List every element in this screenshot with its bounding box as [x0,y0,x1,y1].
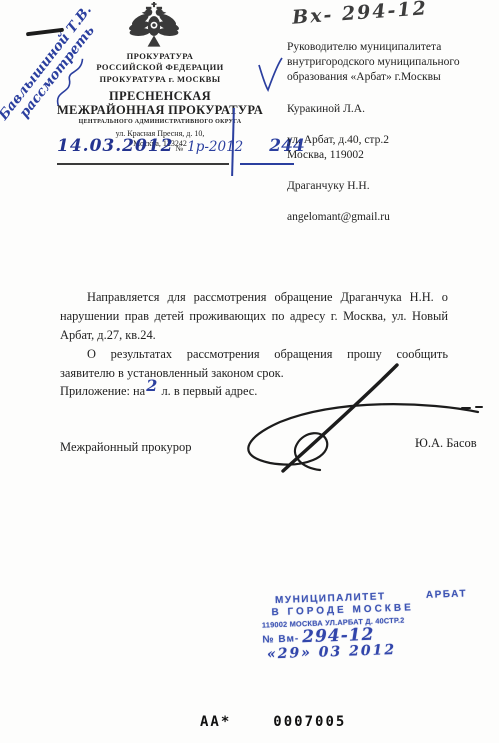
recipient-address-line1: ул. Арбат, д.40, стр.2 [287,133,492,148]
recipient-address-line2: Москва, 119002 [287,148,492,163]
dateline: 14.03.2012№1р-2012244 [57,136,307,166]
recipient-org-line: образования «Арбат» г.Москвы [287,70,492,85]
recipient-org-line: внутригородского муниципального [287,55,492,70]
case-number-underline [240,163,294,165]
form-series: АА* [200,714,231,730]
recipient-second-addressee: Драганчуку Н.Н. [287,179,492,194]
number-sign: № [175,144,183,153]
check-mark-icon [256,55,284,100]
handwritten-incoming-number: Вх- 294-12 [291,0,428,29]
letterhead-district: ЦЕНТРАЛЬНОГО АДМИНИСТРАТИВНОГО ОКРУГА [40,118,280,126]
attachment-prefix: Приложение: на [60,384,145,398]
letterhead-org-line1: ПРОКУРАТУРА [40,51,280,62]
letterhead-org-line2: РОССИЙСКОЙ ФЕДЕРАЦИИ [40,62,280,73]
form-footer: АА* 0007005 [200,714,346,730]
handwritten-outgoing-number: 1р-2012 [187,139,243,155]
letterhead: ПРОКУРАТУРА РОССИЙСКОЙ ФЕДЕРАЦИИ ПРОКУРА… [40,51,280,149]
date-underline [57,163,229,165]
recipient-addressee: Куракиной Л.А. [287,102,492,117]
signer-title: Межрайонный прокурор [60,440,192,455]
body-paragraph-1: Направляется для рассмотрения обращение … [60,288,448,345]
stamp-handwritten-number: 294-12 [302,628,375,645]
form-number: 0007005 [273,714,346,730]
stamp-org-word2: АРБАТ [426,588,467,600]
coat-of-arms-icon [127,2,181,55]
handwritten-date: 14.03.2012 [57,136,173,156]
attachment-line: Приложение: на2 л. в первый адрес. [60,380,257,399]
recipient-block: Руководителю муниципалитета внутригородс… [287,40,492,225]
letterhead-name-line1: ПРЕСНЕНСКАЯ [40,89,280,103]
handwritten-page-count: 2 [146,376,157,395]
pen-signature-icon [230,356,490,479]
letterhead-org-line3: ПРОКУРАТУРА г. МОСКВЫ [40,74,280,85]
recipient-email: angelomant@gmail.ru [287,210,492,225]
scanned-letter-page: Бавлышиной Т.В. рассмотреть [0,0,499,743]
letterhead-name-line2: МЕЖРАЙОННАЯ ПРОКУРАТУРА [40,103,280,117]
recipient-org-line: Руководителю муниципалитета [287,40,492,55]
stamp-number-prefix: № Вм- [262,633,299,645]
registration-stamp: МУНИЦИПАЛИТЕТ АРБАТ В ГОРОДЕ МОСКВЕ 1190… [261,588,471,662]
